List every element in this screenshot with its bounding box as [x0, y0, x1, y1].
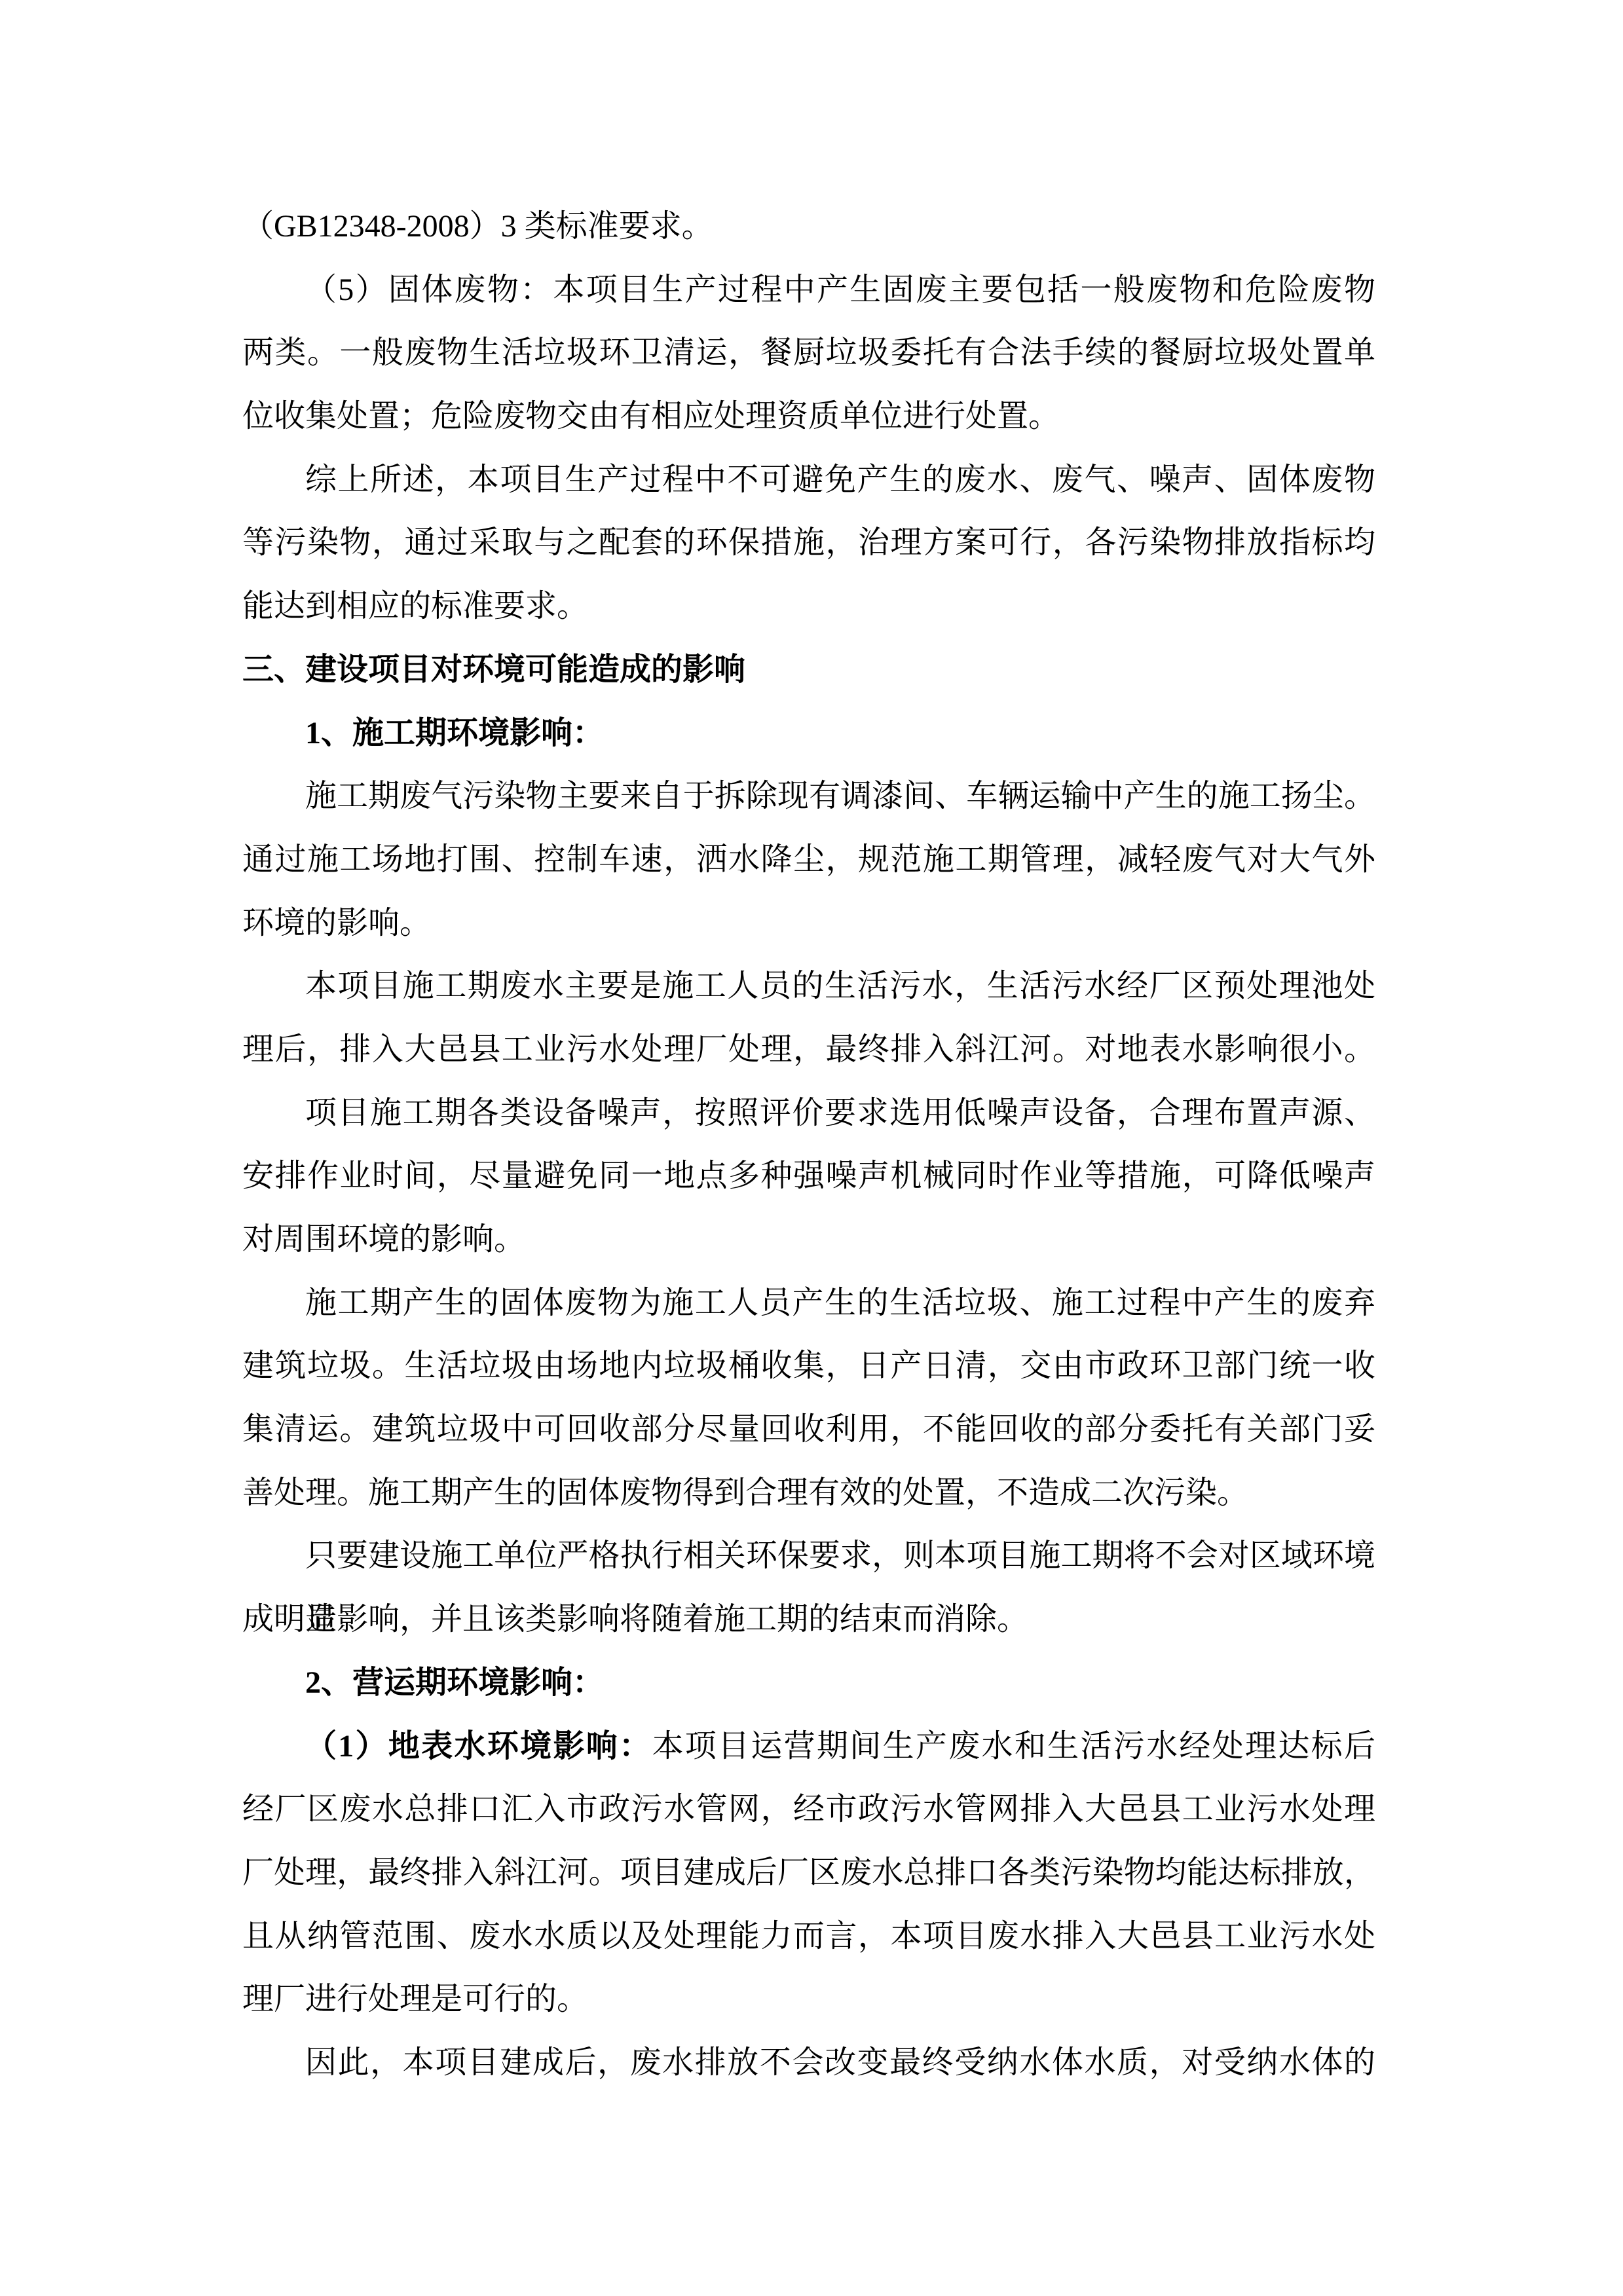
text-run: 综上所述，本项目生产过程中不可避免产生的废水、废气、噪声、固体废物	[305, 462, 1375, 497]
text-line: 施工期废气污染物主要来自于拆除现有调漆间、车辆运输中产生的施工扬尘。	[242, 765, 1375, 828]
text-run: 且从纳管范围、废水水质以及处理能力而言，本项目废水排入大邑县工业污水处	[242, 1919, 1375, 1953]
text-run: 能达到相应的标准要求。	[242, 589, 588, 623]
text-block: （GB12348-2008）3 类标准要求。（5）固体废物：本项目生产过程中产生…	[242, 195, 1375, 2095]
text-run: 理后，排入大邑县工业污水处理厂处理，最终排入斜江河。对地表水影响很小。	[242, 1032, 1375, 1067]
text-line: 本项目施工期废水主要是施工人员的生活污水，生活污水经厂区预处理池处	[242, 955, 1375, 1018]
text-run: 施工期产生的固体废物为施工人员产生的生活垃圾、施工过程中产生的废弃	[305, 1286, 1375, 1320]
text-line: （GB12348-2008）3 类标准要求。	[242, 195, 1375, 259]
text-run: 理厂进行处理是可行的。	[242, 1982, 588, 2016]
text-line: 经厂区废水总排口汇入市政污水管网，经市政污水管网排入大邑县工业污水处理	[242, 1778, 1375, 1842]
text-run-bold: 三、建设项目对环境可能造成的影响	[242, 652, 745, 687]
text-run: 建筑垃圾。生活垃圾由场地内垃圾桶收集，日产日清，交由市政环卫部门统一收	[242, 1348, 1375, 1383]
text-line: 通过施工场地打围、控制车速，洒水降尘，规范施工期管理，减轻废气对大气外	[242, 828, 1375, 892]
text-run: 成明显影响，并且该类影响将随着施工期的结束而消除。	[242, 1602, 1028, 1637]
text-line: 施工期产生的固体废物为施工人员产生的生活垃圾、施工过程中产生的废弃	[242, 1272, 1375, 1335]
text-run: 本项目施工期废水主要是施工人员的生活污水，生活污水经厂区预处理池处	[305, 969, 1375, 1003]
text-line: 对周围环境的影响。	[242, 1208, 1375, 1272]
text-line: 只要建设施工单位严格执行相关环保要求，则本项目施工期将不会对区域环境造	[242, 1525, 1375, 1588]
text-run-bold: 2、营运期环境影响：	[305, 1665, 604, 1700]
text-line: 理后，排入大邑县工业污水处理厂处理，最终排入斜江河。对地表水影响很小。	[242, 1018, 1375, 1082]
text-line: 位收集处置；危险废物交由有相应处理资质单位进行处置。	[242, 385, 1375, 449]
text-run-bold: 1、施工期环境影响：	[305, 716, 604, 750]
text-line: 三、建设项目对环境可能造成的影响	[242, 639, 1375, 702]
text-run-bold: （1）地表水环境影响：	[305, 1729, 652, 1764]
text-line: 能达到相应的标准要求。	[242, 575, 1375, 639]
text-run: 本项目运营期间生产废水和生活污水经处理达标后	[652, 1729, 1375, 1764]
text-run: 环境的影响。	[242, 906, 431, 940]
text-run: 善处理。施工期产生的固体废物得到合理有效的处置，不造成二次污染。	[242, 1475, 1248, 1510]
text-run: 厂处理，最终排入斜江河。项目建成后厂区废水总排口各类污染物均能达标排放，	[242, 1855, 1375, 1890]
text-line: 安排作业时间，尽量避免同一地点多种强噪声机械同时作业等措施，可降低噪声	[242, 1145, 1375, 1208]
text-run: 对周围环境的影响。	[242, 1222, 525, 1257]
text-run: 施工期废气污染物主要来自于拆除现有调漆间、车辆运输中产生的施工扬尘。	[305, 779, 1375, 813]
text-run: 项目施工期各类设备噪声，按照评价要求选用低噪声设备，合理布置声源、	[305, 1096, 1375, 1130]
text-line: 因此，本项目建成后，废水排放不会改变最终受纳水体水质，对受纳水体的	[242, 2031, 1375, 2095]
text-line: 项目施工期各类设备噪声，按照评价要求选用低噪声设备，合理布置声源、	[242, 1082, 1375, 1145]
text-line: 且从纳管范围、废水水质以及处理能力而言，本项目废水排入大邑县工业污水处	[242, 1905, 1375, 1969]
text-line: 成明显影响，并且该类影响将随着施工期的结束而消除。	[242, 1588, 1375, 1652]
text-run: 等污染物，通过采取与之配套的环保措施，治理方案可行，各污染物排放指标均	[242, 525, 1375, 560]
text-line: 善处理。施工期产生的固体废物得到合理有效的处置，不造成二次污染。	[242, 1462, 1375, 1525]
document-page: （GB12348-2008）3 类标准要求。（5）固体废物：本项目生产过程中产生…	[0, 0, 1623, 2296]
text-line: 等污染物，通过采取与之配套的环保措施，治理方案可行，各污染物排放指标均	[242, 511, 1375, 575]
text-run: （GB12348-2008）3 类标准要求。	[242, 209, 713, 244]
text-run: 经厂区废水总排口汇入市政污水管网，经市政污水管网排入大邑县工业污水处理	[242, 1792, 1375, 1826]
text-line: （5）固体废物：本项目生产过程中产生固废主要包括一般废物和危险废物	[242, 259, 1375, 322]
text-line: 集清运。建筑垃圾中可回收部分尽量回收利用，不能回收的部分委托有关部门妥	[242, 1398, 1375, 1462]
text-line: 综上所述，本项目生产过程中不可避免产生的废水、废气、噪声、固体废物	[242, 449, 1375, 512]
text-line: 理厂进行处理是可行的。	[242, 1968, 1375, 2031]
text-line: 两类。一般废物生活垃圾环卫清运，餐厨垃圾委托有合法手续的餐厨垃圾处置单	[242, 322, 1375, 385]
text-run: 位收集处置；危险废物交由有相应处理资质单位进行处置。	[242, 399, 1060, 434]
text-line: 建筑垃圾。生活垃圾由场地内垃圾桶收集，日产日清，交由市政环卫部门统一收	[242, 1335, 1375, 1398]
text-run: 安排作业时间，尽量避免同一地点多种强噪声机械同时作业等措施，可降低噪声	[242, 1158, 1375, 1193]
text-run: 集清运。建筑垃圾中可回收部分尽量回收利用，不能回收的部分委托有关部门妥	[242, 1412, 1375, 1447]
text-line: 1、施工期环境影响：	[242, 702, 1375, 766]
text-run: （5）固体废物：本项目生产过程中产生固废主要包括一般废物和危险废物	[305, 272, 1375, 307]
text-line: 2、营运期环境影响：	[242, 1652, 1375, 1715]
text-line: （1）地表水环境影响：本项目运营期间生产废水和生活污水经处理达标后	[242, 1715, 1375, 1779]
text-run: 两类。一般废物生活垃圾环卫清运，餐厨垃圾委托有合法手续的餐厨垃圾处置单	[242, 335, 1375, 370]
text-run: 因此，本项目建成后，废水排放不会改变最终受纳水体水质，对受纳水体的	[305, 2045, 1375, 2080]
text-line: 环境的影响。	[242, 892, 1375, 955]
text-line: 厂处理，最终排入斜江河。项目建成后厂区废水总排口各类污染物均能达标排放，	[242, 1842, 1375, 1905]
text-run: 通过施工场地打围、控制车速，洒水降尘，规范施工期管理，减轻废气对大气外	[242, 842, 1375, 877]
